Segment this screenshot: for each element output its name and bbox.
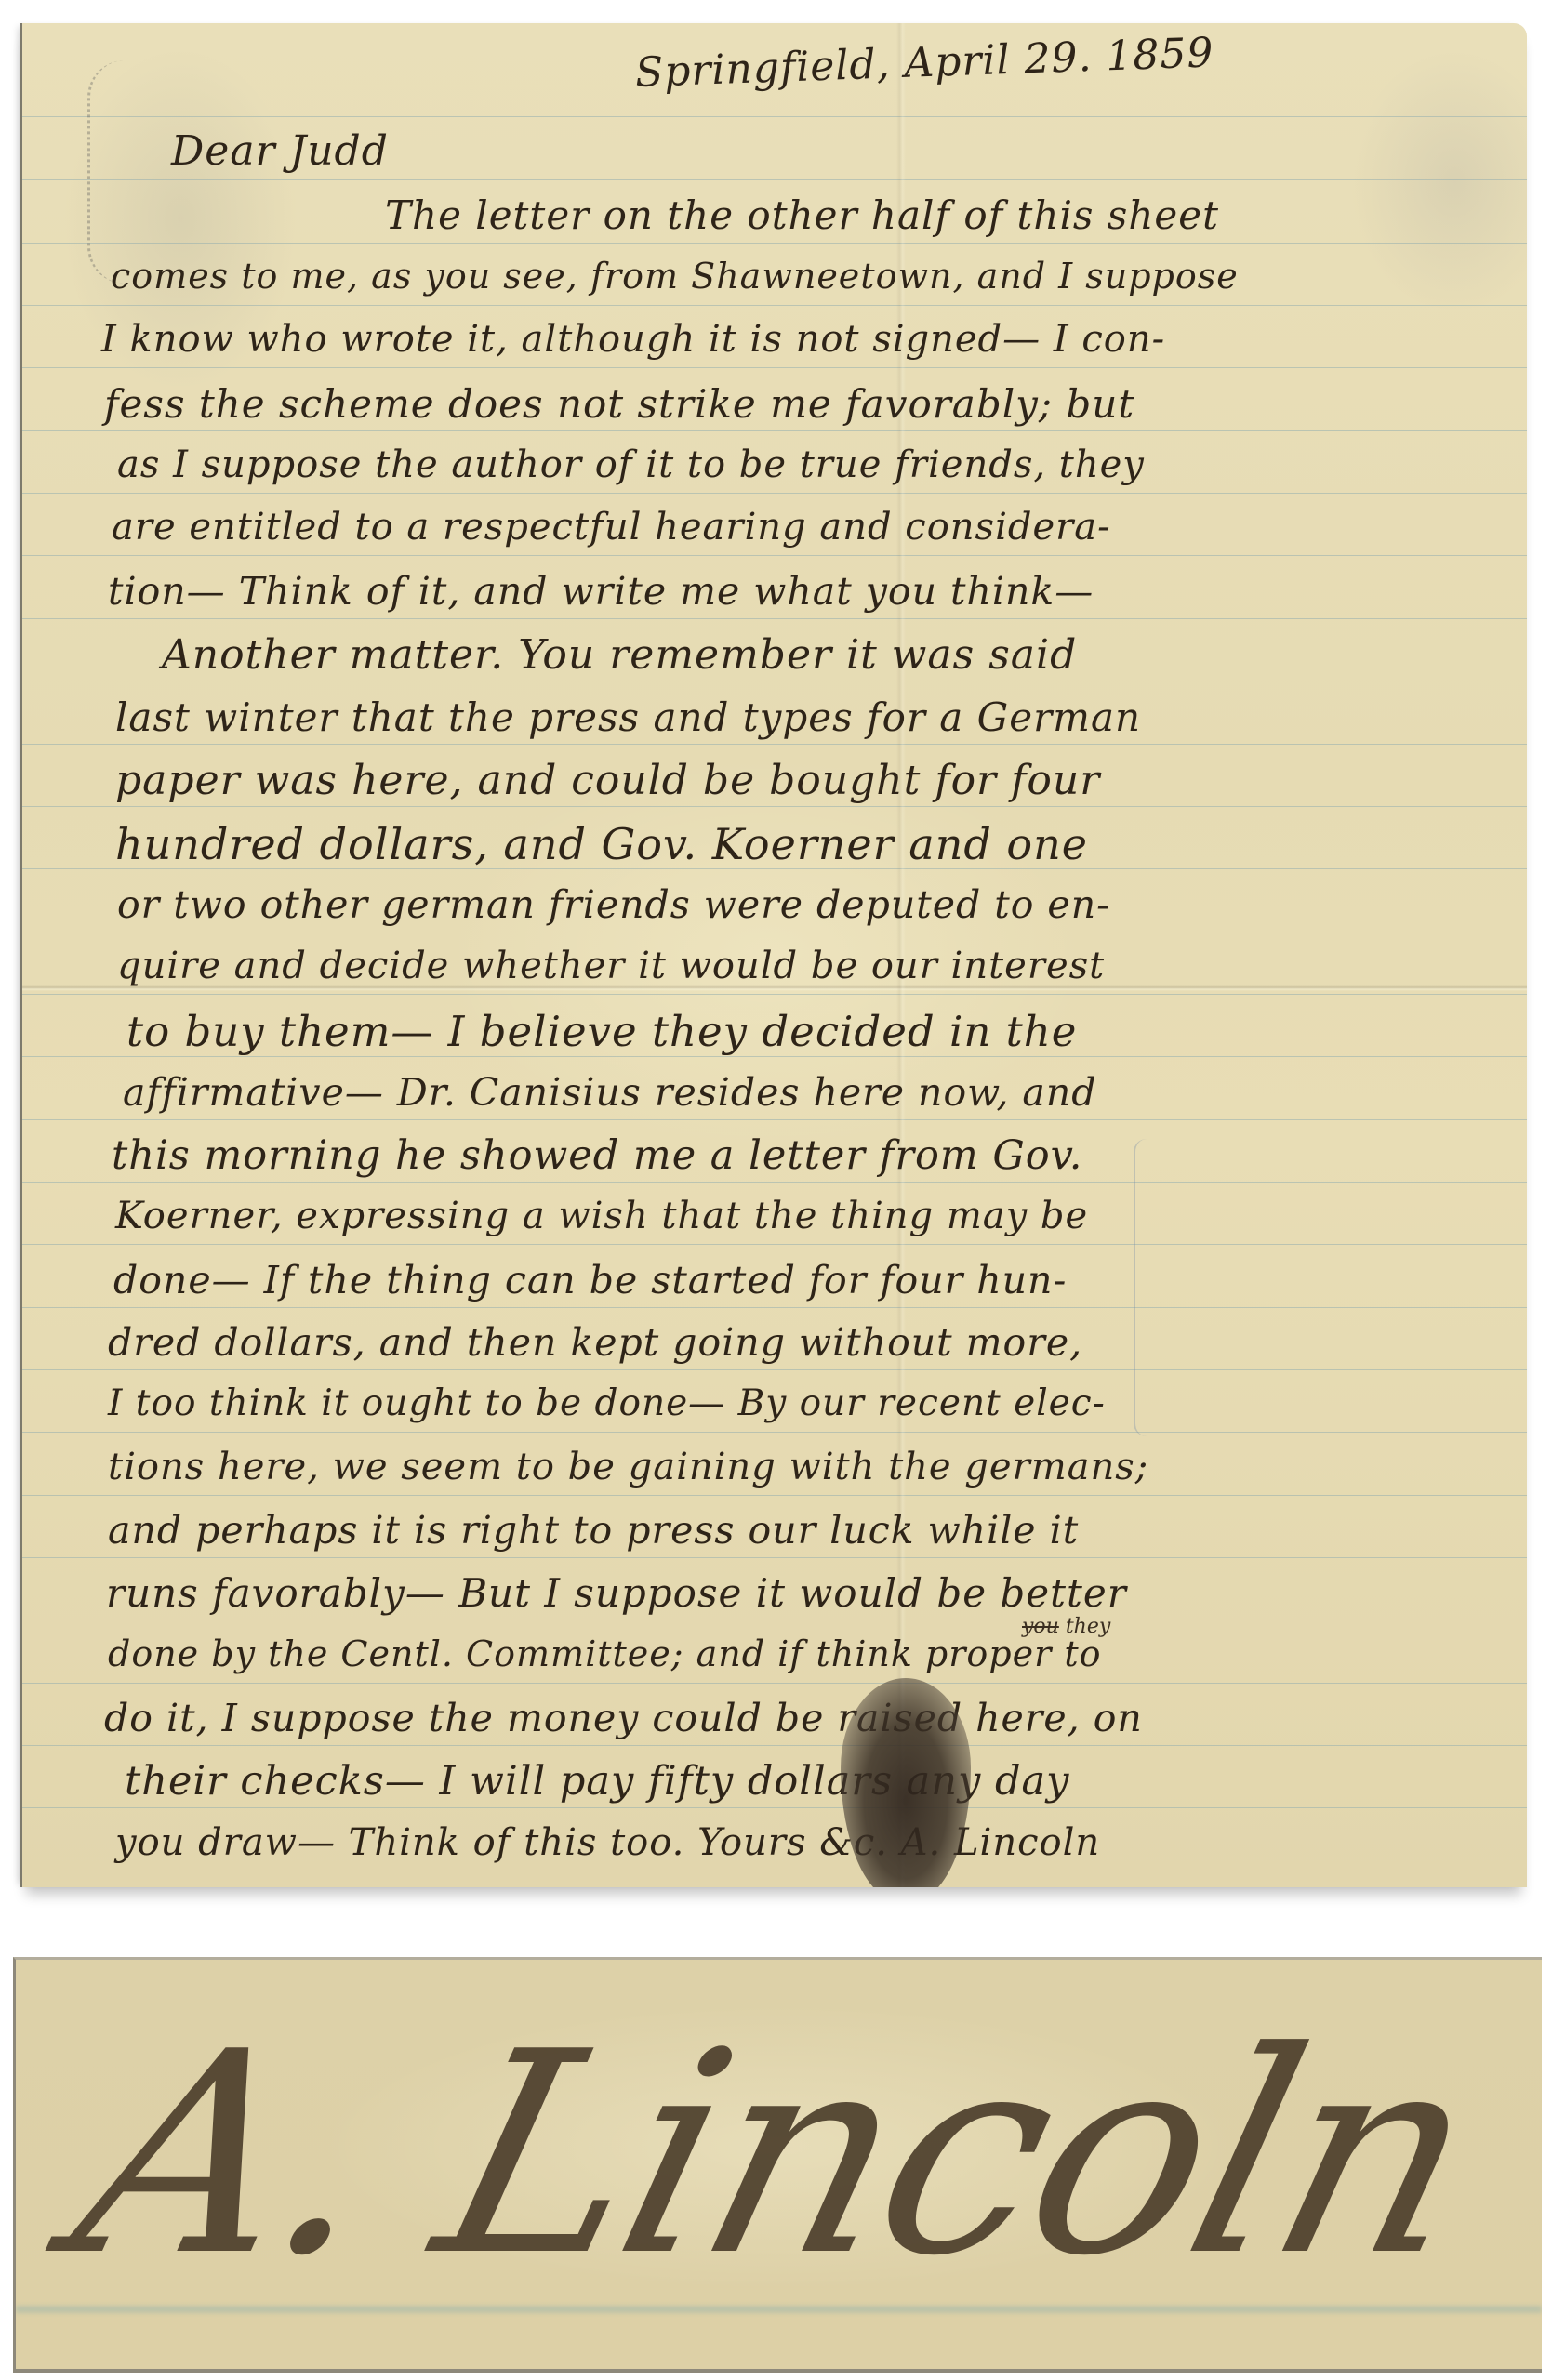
letter-line: tion— Think of it, and write me what you… (108, 569, 1094, 614)
ink-blot (841, 1678, 971, 1887)
letter-line: The letter on the other half of this she… (385, 192, 1219, 238)
ruled-line (22, 430, 1527, 431)
ruled-line (22, 243, 1527, 244)
ruled-line (22, 179, 1527, 180)
letter-line: I too think it ought to be done— By our … (108, 1382, 1106, 1424)
letter-line: and perhaps it is right to press our luc… (108, 1508, 1079, 1553)
letter-line: or two other german friends were deputed… (117, 882, 1110, 927)
signature-enlarged: A. Lincoln (56, 2016, 1495, 2294)
blue-pencil-notation (1134, 1139, 1163, 1436)
letter-line: tions here, we seem to be gaining with t… (108, 1446, 1148, 1488)
ruled-line (22, 681, 1527, 681)
ruled-line (22, 1369, 1527, 1370)
ruled-line (22, 493, 1527, 494)
ruled-line (22, 1244, 1527, 1245)
ruled-line (22, 1620, 1527, 1620)
letter-line: paper was here, and could be bought for … (115, 757, 1100, 804)
ruled-line (22, 116, 1527, 117)
struck-word: you (1022, 1615, 1059, 1638)
ruled-line (22, 1871, 1527, 1871)
letter-line: Koerner, expressing a wish that the thin… (115, 1195, 1088, 1237)
letter-line: I know who wrote it, although it is not … (101, 318, 1165, 361)
ruled-line (22, 744, 1527, 745)
letter-line: last winter that the press and types for… (115, 694, 1141, 740)
ruled-line (22, 1557, 1527, 1558)
letter-line: this morning he showed me a letter from … (112, 1132, 1082, 1179)
ruled-line (22, 994, 1527, 995)
ruled-line (22, 1683, 1527, 1684)
ruled-line (22, 1119, 1527, 1120)
ruled-line (22, 618, 1527, 619)
ruled-line (22, 555, 1527, 556)
letter-line: done— If the thing can be started for fo… (113, 1258, 1067, 1302)
signature-detail-panel: A. Lincoln (13, 1957, 1542, 2373)
salutation: Dear Judd (171, 127, 389, 175)
ruled-line (22, 1056, 1527, 1057)
ruled-line (22, 1745, 1527, 1746)
ruled-line (22, 1307, 1527, 1308)
ruled-line (22, 806, 1527, 807)
letter-line: hundred dollars, and Gov. Koerner and on… (115, 819, 1088, 869)
letter-line: comes to me, as you see, from Shawneetow… (111, 256, 1239, 297)
letter-line: to buy them— I believe they decided in t… (126, 1007, 1077, 1056)
letter-line: dred dollars, and then kept going withou… (108, 1320, 1082, 1365)
ruled-line (22, 1182, 1527, 1183)
letter-line: as I suppose the author of it to be true… (117, 443, 1145, 486)
letter-line: fess the scheme does not strike me favor… (104, 381, 1134, 427)
ruled-line (22, 1807, 1527, 1808)
ruled-line (22, 932, 1527, 932)
ruled-line (22, 367, 1527, 368)
ruled-line (22, 305, 1527, 306)
letter-sheet: Springfield, April 29. 1859 Dear Judd Th… (20, 23, 1527, 1887)
interlinear-insertion: you they (1022, 1615, 1110, 1638)
inserted-word: they (1066, 1615, 1110, 1638)
letter-line: done by the Centl. Committee; and if thi… (108, 1633, 1102, 1674)
letter-line: quire and decide whether it would be our… (117, 945, 1105, 987)
letter-line: affirmative— Dr. Canisius resides here n… (123, 1070, 1097, 1115)
ruled-line (22, 1495, 1527, 1496)
letter-line: runs favorably— But I suppose it would b… (106, 1570, 1127, 1616)
letter-line: are entitled to a respectful hearing and… (112, 506, 1111, 549)
ruled-line (22, 1432, 1527, 1433)
place-date: Springfield, April 29. 1859 (634, 29, 1214, 97)
letter-line: Another matter. You remember it was said (162, 631, 1077, 679)
letter-line: do it, I suppose the money could be rais… (104, 1696, 1143, 1740)
